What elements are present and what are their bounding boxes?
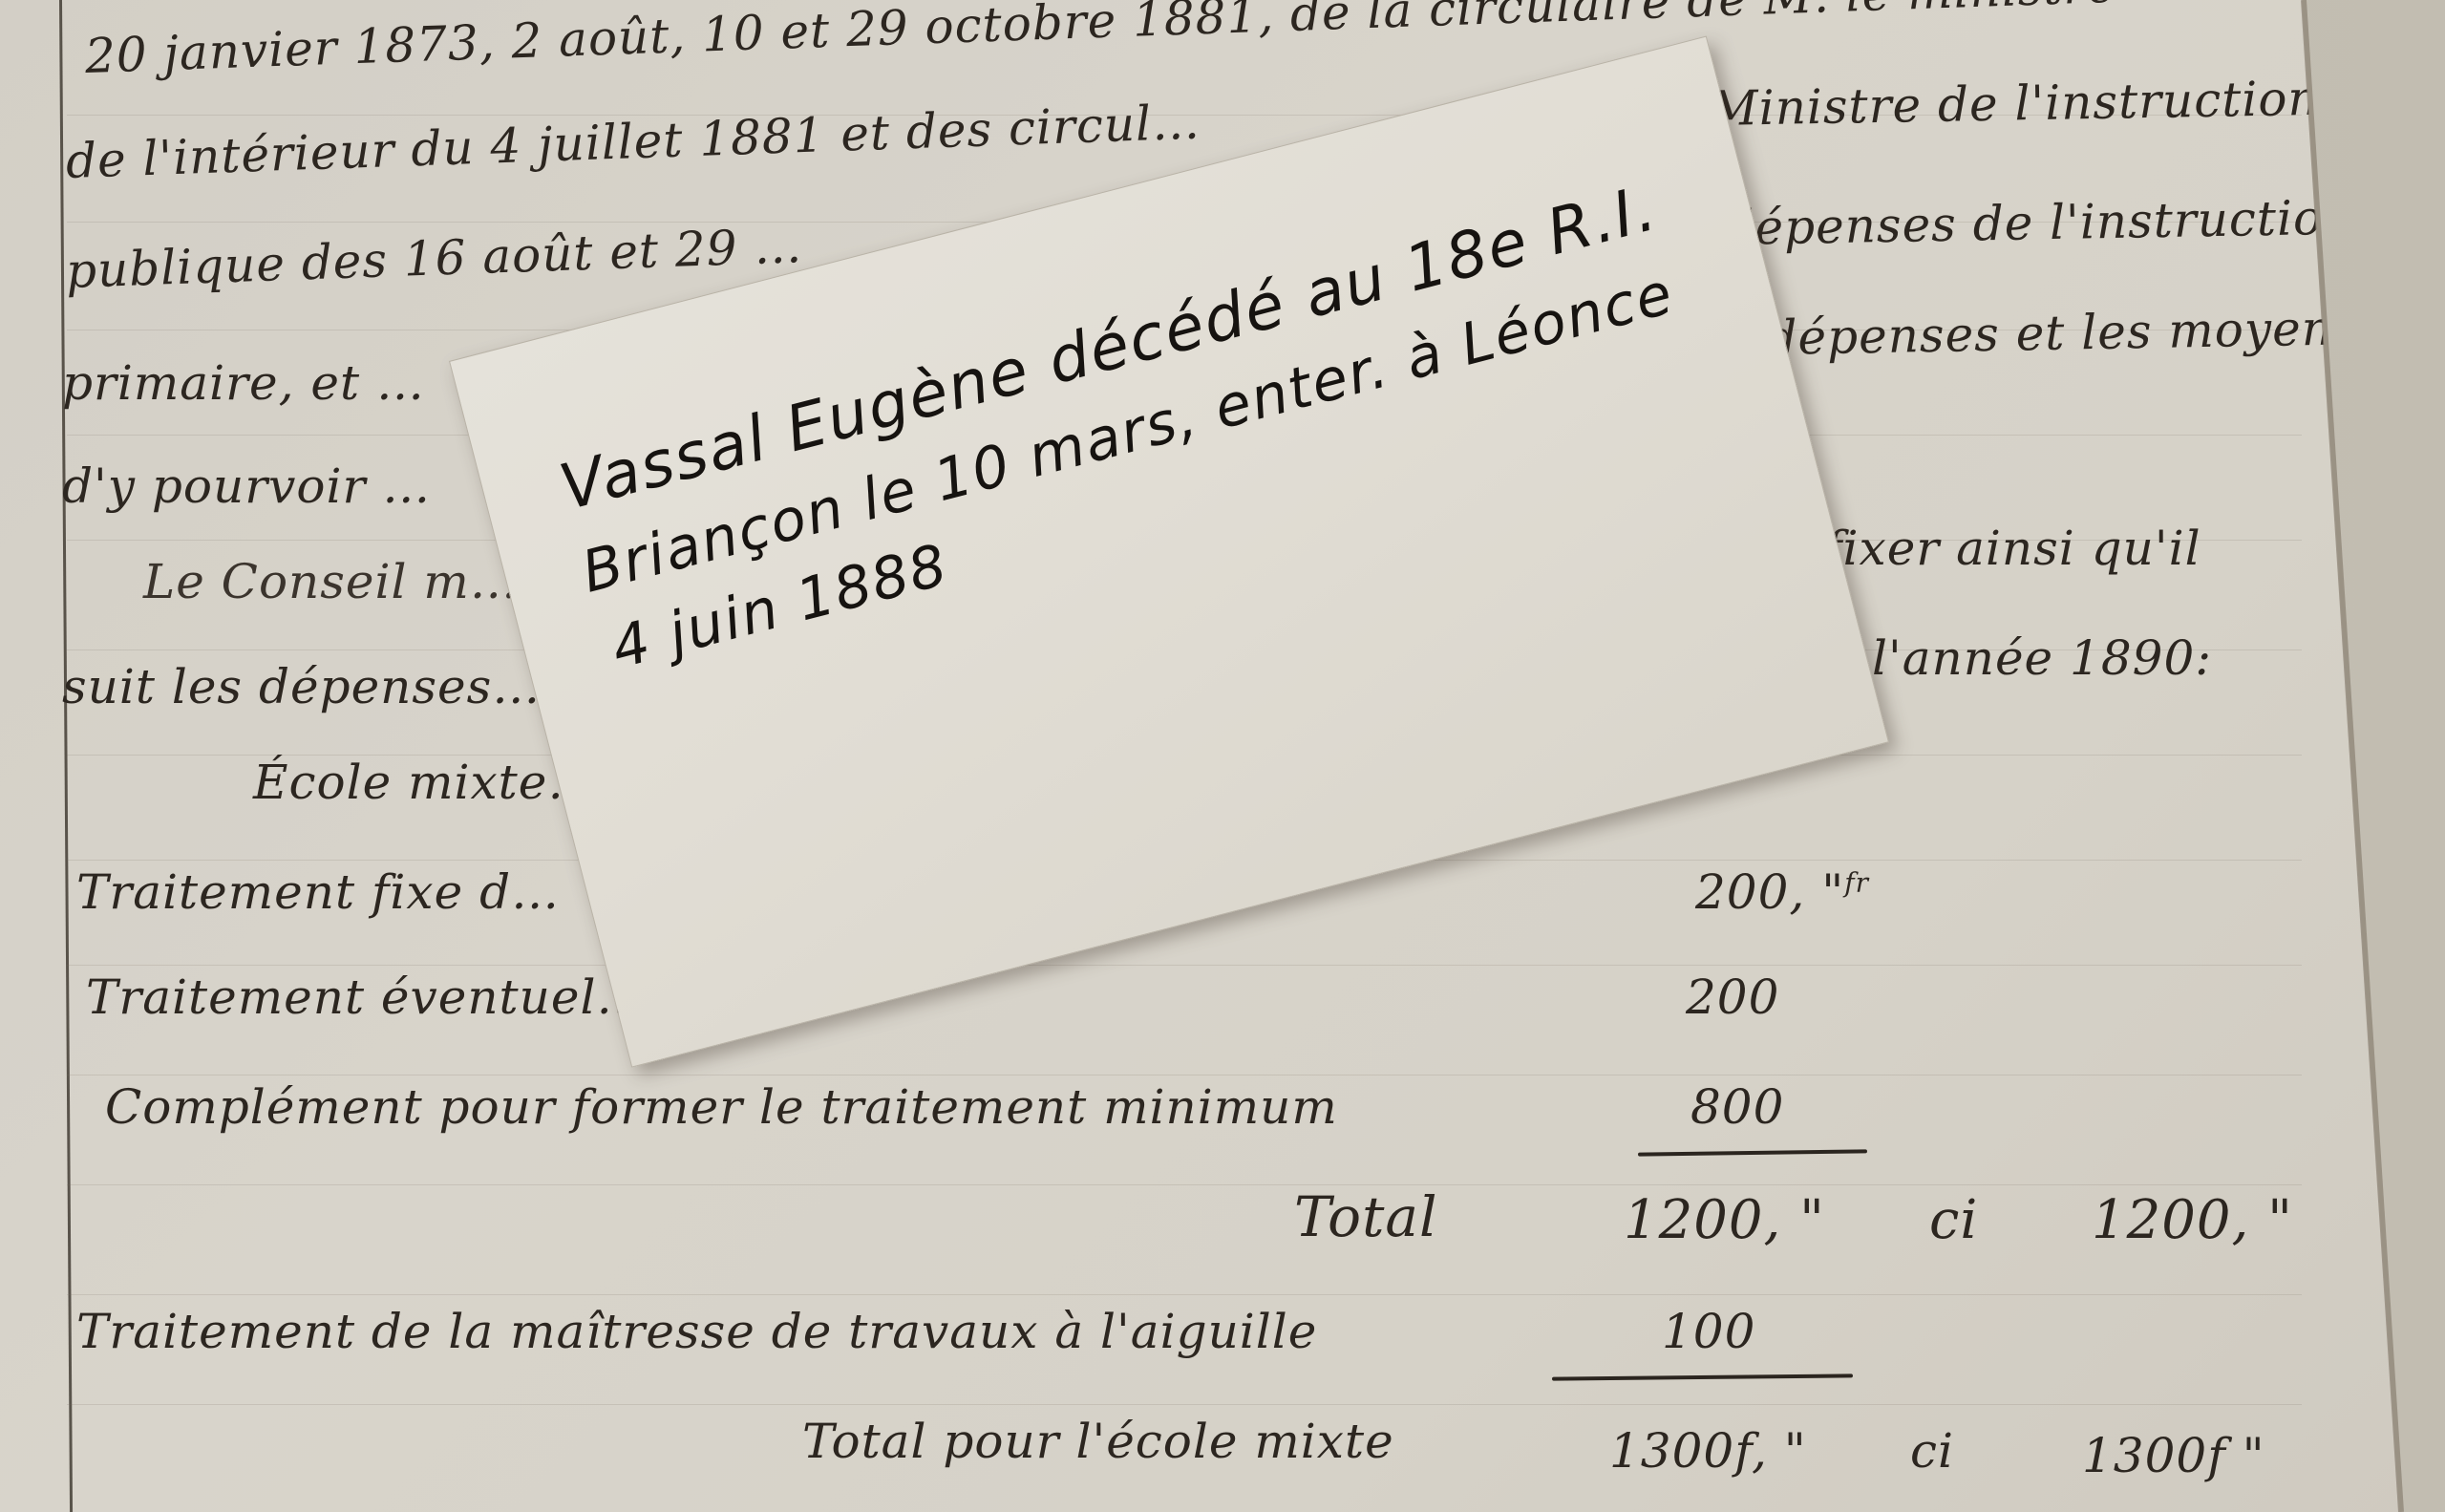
right-fragment-3: dépenses et les moyens — [1766, 300, 2359, 366]
document-photo: 20 janvier 1873, 2 août, 10 et 29 octobr… — [0, 0, 2445, 1512]
ledger-line-3: publique des 16 août et 29 … — [65, 218, 803, 299]
right-fragment-1: Ministre de l'instruction — [1709, 71, 2320, 137]
subtotal-label: Total — [1294, 1184, 1438, 1249]
grand-total-amount: 1300f, " — [1609, 1423, 1807, 1479]
sum-rule — [1552, 1374, 1853, 1380]
currency-mark: fr — [1844, 866, 1869, 898]
ruled-line — [67, 1404, 2302, 1405]
extra-row-label: Traitement de la maîtresse de travaux à … — [76, 1304, 1317, 1359]
right-fragment-4: fixer ainsi qu'il — [1824, 521, 2201, 576]
subtotal-ci-amount: 1200, " — [2092, 1189, 2293, 1251]
ledger-line-4: primaire, et … — [62, 355, 425, 411]
sum-rule — [1638, 1149, 1867, 1156]
right-fragment-2: dépenses de l'instruction — [1723, 189, 2355, 256]
right-fragment-5: l'année 1890: — [1872, 630, 2212, 686]
budget-row-amount: 800 — [1690, 1079, 1784, 1135]
grand-total-ci-label: ci — [1910, 1423, 1954, 1479]
ledger-line-6: Le Conseil m… — [143, 554, 519, 609]
budget-row-label: Complément pour former le traitement min… — [105, 1079, 1338, 1135]
budget-row-amount: 200, "fr — [1695, 864, 1869, 920]
grand-total-label: Total pour l'école mixte — [802, 1414, 1394, 1469]
ruled-line — [67, 965, 2302, 966]
ledger-line-1: 20 janvier 1873, 2 août, 10 et 29 octobr… — [84, 0, 2117, 84]
grand-total-ci-amount: 1300f " — [2082, 1428, 2265, 1483]
ledger-line-5: d'y pourvoir … — [62, 458, 431, 514]
budget-row-label: Traitement éventuel… — [86, 969, 645, 1025]
ruled-line — [67, 1294, 2302, 1295]
budget-row-amount: 200 — [1686, 969, 1779, 1025]
ledger-line-7: suit les dépenses… — [62, 659, 541, 714]
amount-value: 200, " — [1695, 864, 1844, 920]
ruled-line — [67, 1075, 2302, 1075]
extra-row-amount: 100 — [1662, 1304, 1755, 1359]
ruled-line — [67, 1184, 2302, 1185]
section-heading-ecole-mixte: École mixte… — [253, 755, 596, 810]
ledger-line-2: de l'intérieur du 4 juillet 1881 et des … — [65, 95, 1201, 189]
margin-rule — [59, 0, 73, 1512]
budget-row-label: Traitement fixe d… — [76, 864, 560, 920]
subtotal-ci-label: ci — [1929, 1189, 1978, 1251]
subtotal-amount: 1200, " — [1624, 1189, 1825, 1251]
